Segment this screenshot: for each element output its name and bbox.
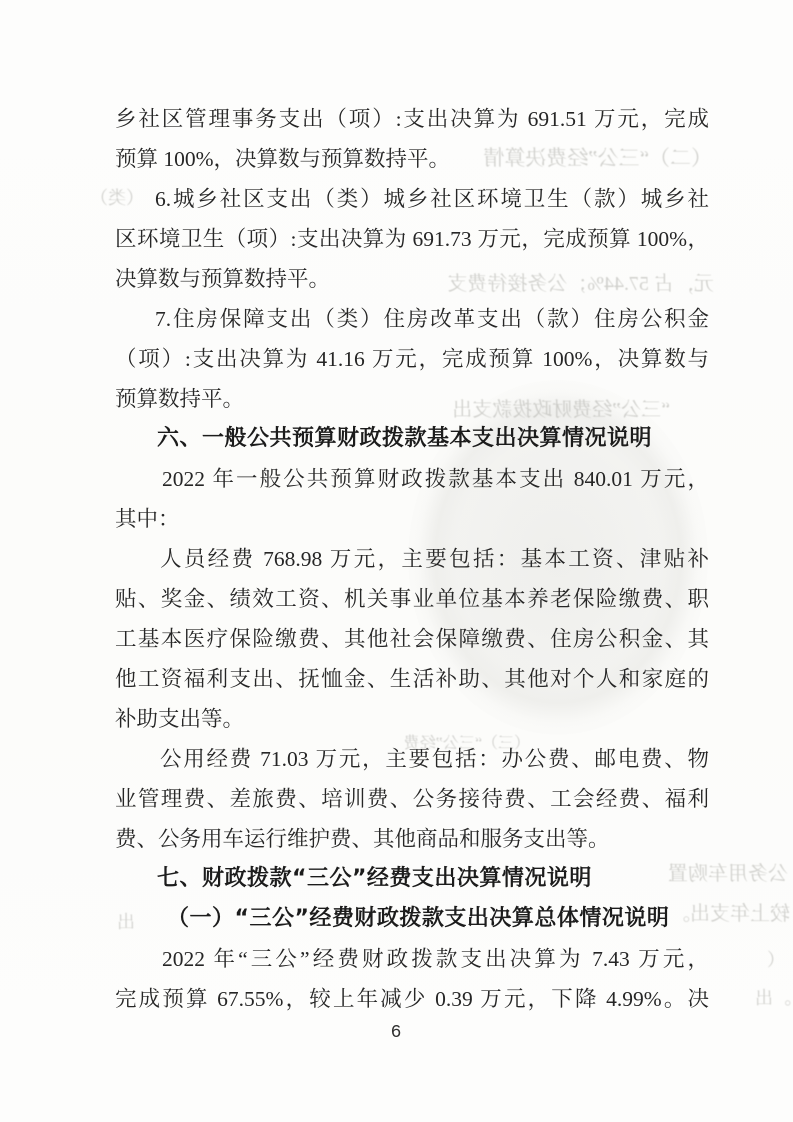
document-page: 乡社区管理事务支出（项）:支出决算为 691.51 万元，完成预算 100%，决… [0,0,793,1122]
text-line: 2022 年“三公”经费财政拨款支出决算为 7.43 万元， [115,939,709,979]
bleedthrough-text: 较上年支出。 [590,902,790,926]
bleedthrough-text: （ [755,950,785,972]
text-line: 区环境卫生（项）:支出决算为 691.73 万元，完成预算 100%， [115,219,709,259]
text-line: 他工资福利支出、抚恤金、生活补助、其他对个人和家庭的 [115,659,709,699]
text-line: 6.城乡社区支出（类）城乡社区环境卫生（款）城乡社 [115,179,709,219]
bleedthrough-text: 元，占 57.44%；公务接待费支 [428,272,714,296]
text-line: 2022 年一般公共预算财政拨款基本支出 840.01 万元， [115,459,709,499]
text-line: 乡社区管理事务支出（项）:支出决算为 691.51 万元，完成 [115,99,709,139]
bleedthrough-text: 。出 [745,988,791,1010]
bleedthrough-text: （类） [84,188,144,210]
text-line: 其中： [115,499,709,539]
text-line: 7.住房保障支出（类）住房改革支出（款）住房公积金 [115,299,709,339]
text-line: 人员经费 768.98 万元，主要包括：基本工资、津贴补 [115,539,709,579]
bleedthrough-text: 出 [95,912,135,934]
text-line: （项）:支出决算为 41.16 万元，完成预算 100%，决算数与 [115,339,709,379]
text-line: 费、公务用车运行维护费、其他商品和服务支出等。 [115,819,709,859]
text-line: 业管理费、差旅费、培训费、公务接待费、工会经费、福利 [115,779,709,819]
text-line: 完成预算 67.55%，较上年减少 0.39 万元，下降 4.99%。决 [115,979,709,1019]
bleedthrough-text: （二）“三公”经费决算情 [432,146,712,171]
text-line: 贴、奖金、绩效工资、机关事业单位基本养老保险缴费、职 [115,579,709,619]
text-line: 补助支出等。 [115,699,709,739]
bleedthrough-text: （三）“三公”经费 [398,734,530,753]
bleedthrough-text: “三公”经费财政拨款支出 [430,398,670,422]
bleedthrough-text: 公务用车购置 [608,862,788,886]
page-number: 6 [376,1022,416,1044]
heading-line: 六、一般公共预算财政拨款基本支出决算情况说明 [115,419,709,459]
text-line: 工基本医疗保险缴费、其他社会保障缴费、住房公积金、其 [115,619,709,659]
